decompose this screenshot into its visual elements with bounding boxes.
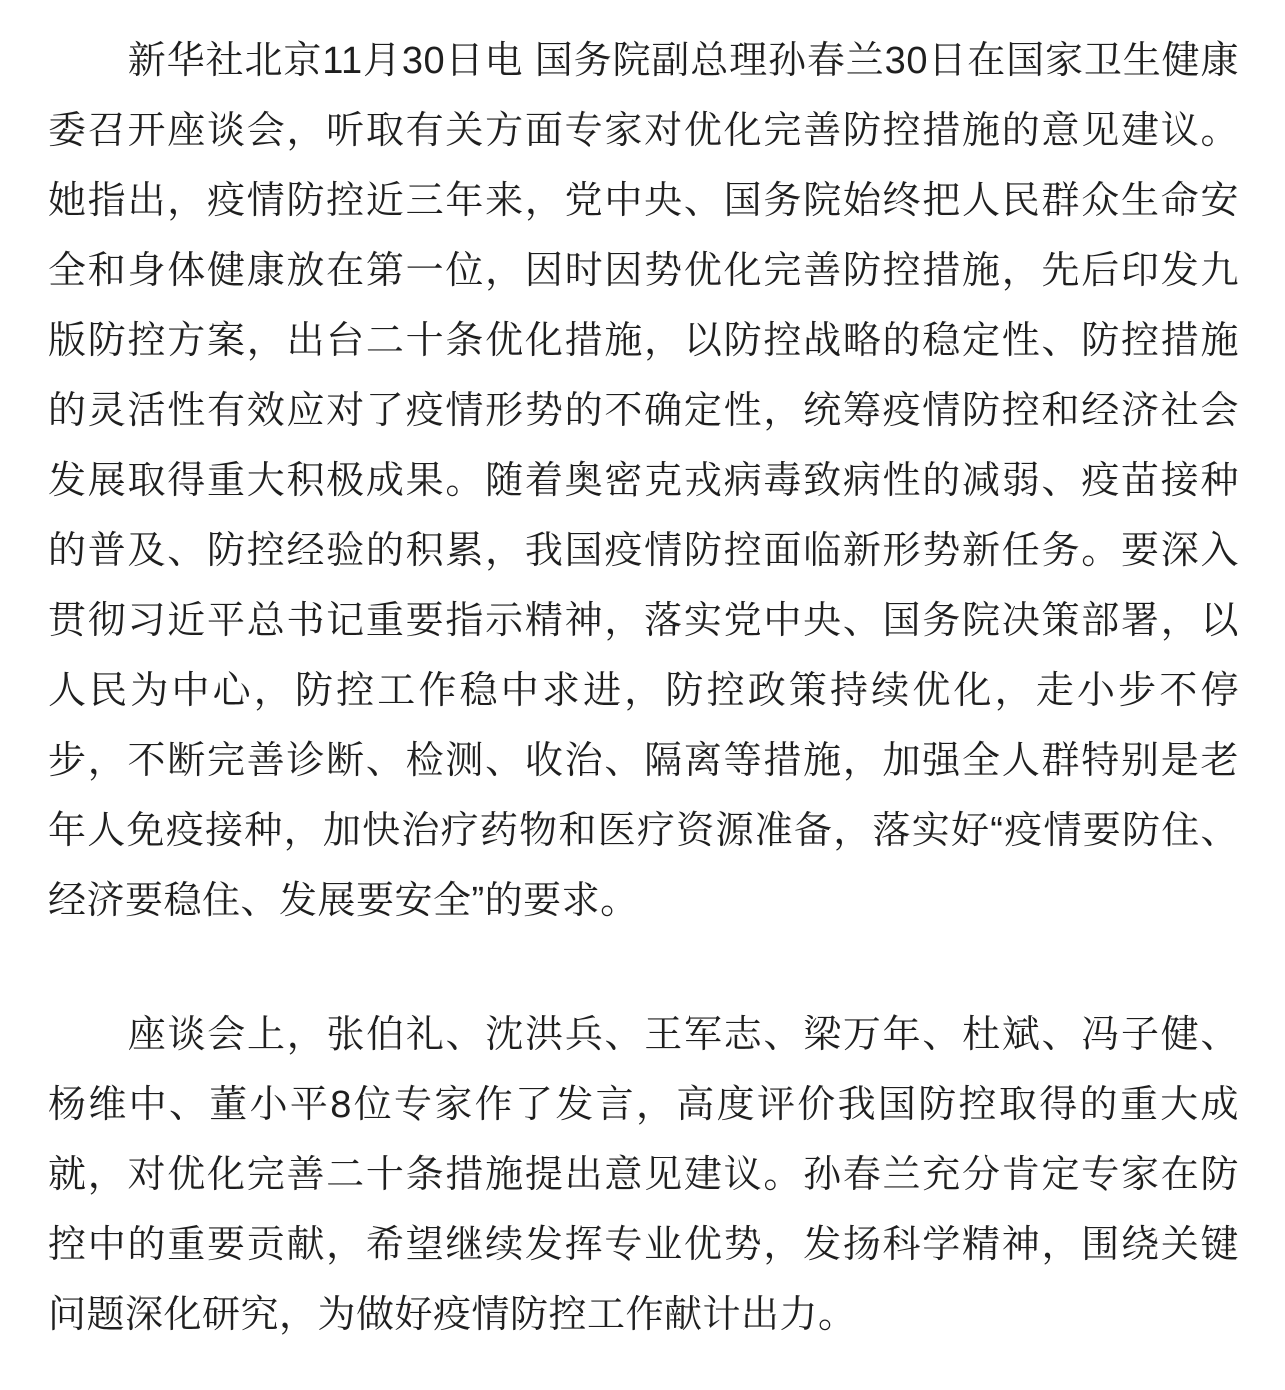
article-paragraph: 新华社北京11月30日电 国务院副总理孙春兰30日在国家卫生健康委召开座谈会，听…: [48, 26, 1239, 936]
article-paragraph: 座谈会上，张伯礼、沈洪兵、王军志、梁万年、杜斌、冯子健、杨维中、董小平8位专家作…: [48, 1000, 1239, 1350]
article-body: 新华社北京11月30日电 国务院副总理孙春兰30日在国家卫生健康委召开座谈会，听…: [0, 0, 1285, 1390]
article-page: 新华社北京11月30日电 国务院副总理孙春兰30日在国家卫生健康委召开座谈会，听…: [0, 0, 1285, 1390]
